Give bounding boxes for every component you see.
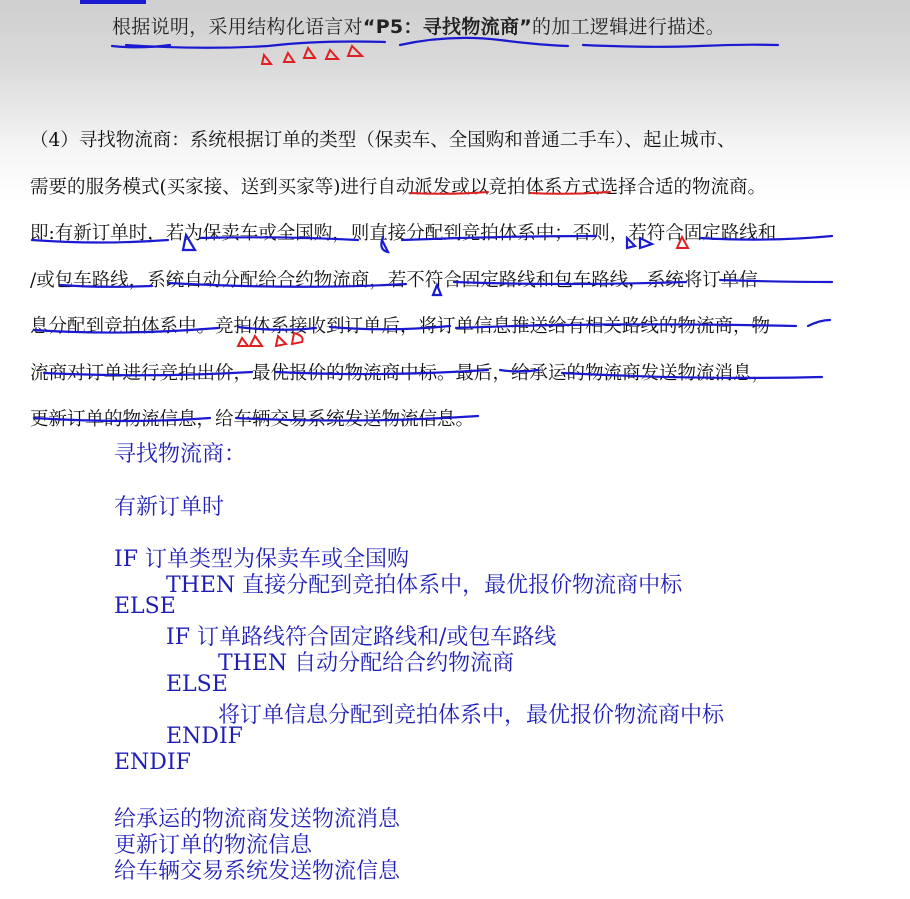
description-line: （4）寻找物流商：系统根据订单的类型（保卖车、全国购和普通二手车）、起止城市、 — [30, 118, 850, 165]
answer-line: 将订单信息分配到竞拍体系中，最优报价物流商中标 — [218, 698, 724, 729]
description-line: 需要的服务模式(买家接、送到买家等)进行自动派发或以竞拍体系方式选择合适的物流商… — [30, 165, 850, 212]
answer-line: THEN 直接分配到竞拍体系中，最优报价物流商中标 — [166, 568, 682, 599]
description-line: 息分配到竞拍体系中。竞拍体系接收到订单后，将订单信息推送给有相关路线的物流商，物 — [30, 304, 850, 351]
question-prefix: 根据说明，采用结构化语言对 — [112, 16, 363, 38]
question-suffix: 的加工逻辑进行描述。 — [532, 16, 725, 38]
answer-line: ELSE — [114, 594, 176, 619]
answer-line: ENDIF — [114, 750, 191, 775]
answer-line: 寻找物流商： — [114, 437, 246, 468]
answer-line: ELSE — [166, 672, 228, 697]
question-text: 根据说明，采用结构化语言对“P5：寻找物流商”的加工逻辑进行描述。 — [112, 12, 725, 39]
top-blue-bar — [80, 0, 146, 4]
answer-line: 给车辆交易系统发送物流信息 — [114, 854, 400, 885]
answer-line: 有新订单时 — [114, 490, 224, 521]
description-line: /或包车路线，系统自动分配给合约物流商，若不符合固定路线和包车路线，系统将订单信 — [30, 258, 850, 305]
description-paragraph: （4）寻找物流商：系统根据订单的类型（保卖车、全国购和普通二手车）、起止城市、 … — [30, 118, 850, 444]
question-quoted: “P5：寻找物流商” — [363, 16, 532, 38]
answer-line: THEN 自动分配给合约物流商 — [218, 646, 514, 677]
answer-line: ENDIF — [166, 724, 243, 749]
description-line: 流商对订单进行竞拍出价，最优报价的物流商中标。最后，给承运的物流商发送物流消息， — [30, 351, 850, 398]
description-line: 即:有新订单时，若为保卖车或全国购，则直接分配到竞拍体系中；否则，若符合固定路线… — [30, 211, 850, 258]
